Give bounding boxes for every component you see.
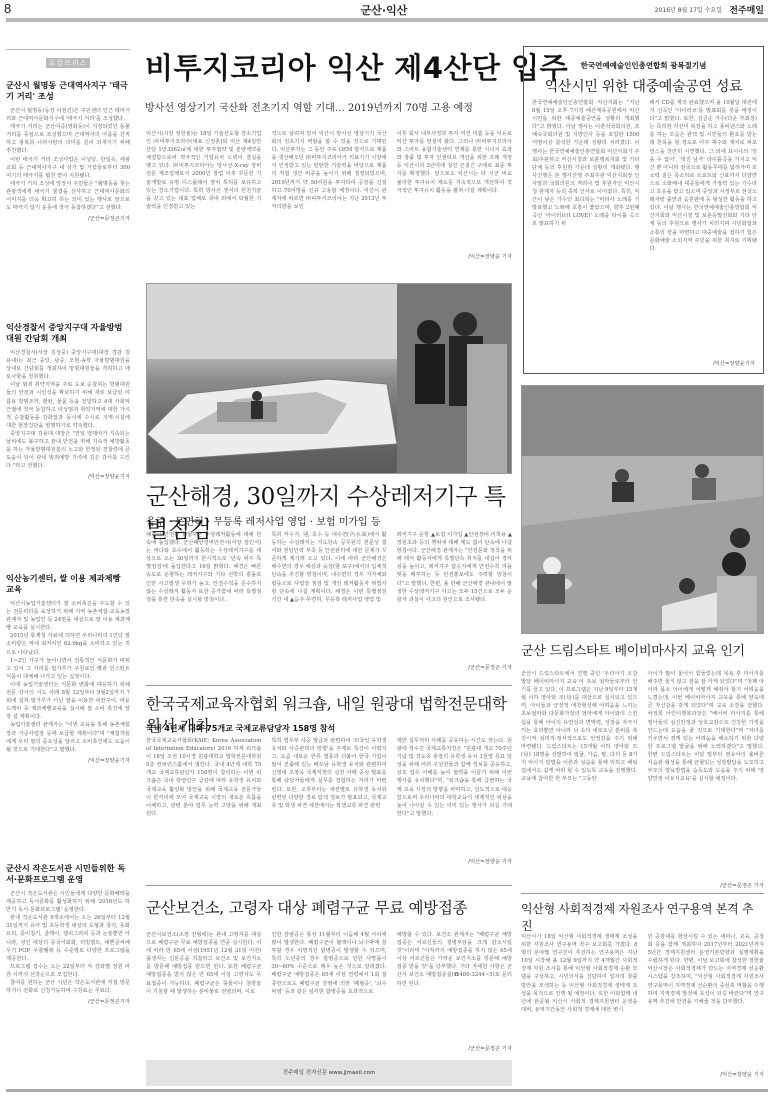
coast-guard-byline: /군산=문정곤 기자: [400, 663, 512, 671]
brief-body: 익산경찰서(서장 김성중) 중앙지구대(대장 경감 김용대)는 최근 중앙, 남…: [6, 349, 130, 470]
brief-title[interactable]: 익산농기센터, 쌀 이용 제과제빵 교육: [6, 573, 130, 595]
coast-guard-photo: [146, 283, 512, 474]
byline: /군산=문정곤기자: [6, 214, 130, 222]
baby-class-scene-illustration: [522, 386, 764, 634]
brief-title[interactable]: 군산시 월명동 근대역사지구 '태극기 거리' 조성: [6, 80, 130, 102]
header-rule: [6, 18, 768, 22]
footer-banner[interactable]: 전주매일 전자신문 www.jjmaeil.com: [146, 1060, 512, 1086]
byline: /군산=문정곤기자: [6, 997, 130, 1005]
baby-massage-photo: [521, 385, 764, 634]
workshop-byline: /익산=장양윤 기자: [400, 857, 512, 865]
baby-headline[interactable]: 군산 드림스타트 베이비마사지 교육 인기: [521, 640, 764, 659]
brief-article-2: 익산경찰서 중앙지구대 자율방범대원 간담회 개최 익산경찰서(서장 김성중) …: [6, 322, 130, 480]
byline: /익산=장양윤기자: [6, 756, 130, 764]
health-headline[interactable]: 군산보건소, 고령자 대상 폐렴구균 무료 예방접종: [146, 896, 512, 918]
workshop-subheadline: 국내 4년제 대학 75개교 국제교류담당자 158명 참석: [146, 723, 386, 734]
culture-body: 한국연예예술인인총연합회 익산지회는 "지난 8월 15일 오후 7시경 배산체…: [532, 99, 757, 357]
brief-body: 익산시농업기술센터가 쌀 소비촉진을 주도할 수 있는 전문리더를 육성하기 위…: [6, 600, 130, 754]
coast-guard-body: 해경이 안전을 위협하는 수상레저활동에 대해 단속에 돌입했다. 군산해양경비…: [146, 531, 512, 661]
local-brief-label: 로컬브리스: [6, 49, 130, 59]
brief-title[interactable]: 익산경찰서 중앙지구대 자율방범대원 간담회 개최: [6, 322, 130, 344]
section-divider: [521, 893, 764, 894]
culture-byline: /익산=장양윤기자: [713, 359, 755, 367]
baby-byline: /군산=문정곤 기자: [650, 881, 764, 889]
newspaper-brand: 전주매일: [729, 3, 764, 16]
social-econ-body: 익산시가 18일 익산형 사회적경제 생태계 조성을 위한 자원조사 연구용역 …: [521, 933, 764, 1068]
lead-subheadline: 방사선 영상기기 국산화 전초기지 역할 기대… 2019년까지 70명 고용 …: [145, 99, 473, 114]
boat-scene-illustration: [147, 284, 512, 474]
workshop-body: 한국국제교육자협회(KAIE: Korea Association of Int…: [146, 737, 512, 852]
social-econ-headline[interactable]: 익산형 사회적경제 자원조사 연구용역 본격 추진: [521, 900, 764, 934]
coast-guard-subheadline: 음주 · 무면허 · 무등록 레저사업 영업 · 보험 미가입 등: [146, 513, 386, 528]
lead-body: 익산시(시장 정헌율)는 18일 기술선도형 강소기업인 ㈜비투지코리아(대표 …: [146, 130, 512, 252]
section-divider: [146, 685, 512, 686]
brief-article-4: 군산시 작은도서관 시민들위한 독서·문화프로그램 운영 군산시 작은도서관은 …: [6, 863, 130, 1005]
section-divider: [146, 885, 512, 886]
publication-date: 2016년 8월 17일 수요일: [655, 5, 722, 14]
lead-byline: /익산=장양윤 기자: [400, 252, 512, 260]
brief-body: 군산시 작은도서관은 시민들에게 다양한 문화혜택을 제공하고 독서문화를 활성…: [6, 890, 130, 995]
lead-headline[interactable]: 비투지코리아 익산 제4산단 입주: [145, 46, 568, 87]
culture-kicker: 한국연예예술인인총연합회 광복절기념: [524, 60, 763, 71]
health-body: 군산시보건소(소장 전형태)는 관내 고령자를 대상으로 폐렴구균 무료 예방접…: [146, 931, 512, 1036]
section-title: 군산·익산: [0, 2, 768, 18]
health-byline: /군산=문정곤 기자: [400, 1044, 512, 1052]
bottom-rule: [6, 1089, 768, 1092]
brief-article-3: 익산농기센터, 쌀 이용 제과제빵 교육 익산시농업기술센터가 쌀 소비촉진을 …: [6, 573, 130, 764]
baby-body: 군산시 드림스타트에서 진행 중인 '우리아기 오감발달 베이비마사지 교육'이…: [521, 670, 764, 868]
page-header: 8 군산·익산 2016년 8월 17일 수요일 전주매일: [0, 0, 768, 20]
brief-title[interactable]: 군산시 작은도서관 시민들위한 독서·문화프로그램 운영: [6, 863, 130, 885]
brief-body: 군산시 월명동(동장 이전진)은 주민센터 인근 테마거리와 근대역사문화지구에…: [6, 107, 130, 212]
byline: /익산=장양윤기자: [6, 472, 130, 480]
brief-article-1: 군산시 월명동 근대역사지구 '태극기 거리' 조성 군산시 월명동(동장 이전…: [6, 80, 130, 222]
culture-headline[interactable]: 익산시민 위한 대중예술공연 성료: [524, 76, 763, 96]
social-econ-byline: /익산=장양윤 기자: [650, 1070, 764, 1078]
culture-box: 한국연예예술인인총연합회 광복절기념 익산시민 위한 대중예술공연 성료 한국연…: [523, 46, 764, 374]
